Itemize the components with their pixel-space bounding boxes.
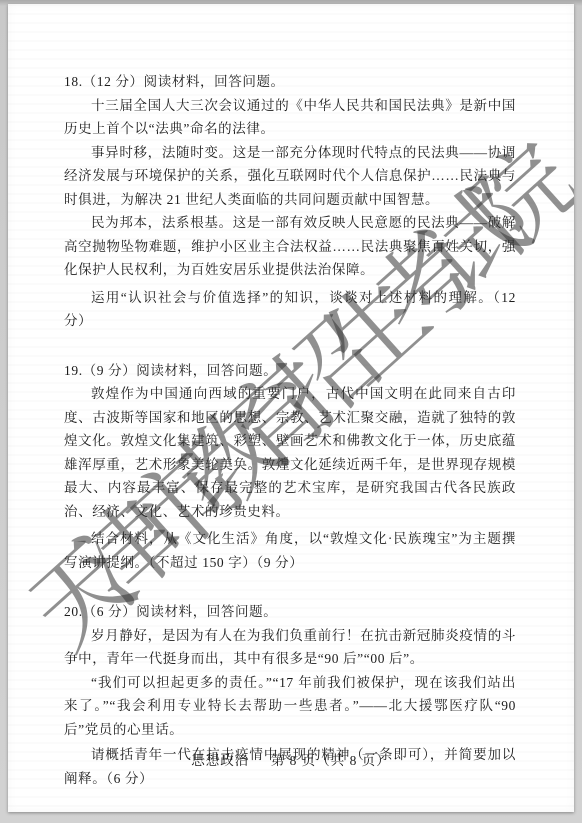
question-18-paragraph-2: 事异时移，法随时变。这是一部充分体现时代特点的民法典——协调经济发展与环境保护的… (64, 141, 516, 212)
question-18-heading: 18.（12 分）阅读材料，回答问题。 (64, 70, 516, 94)
question-20-paragraph-1: 岁月静好，是因为有人在为我们负重前行！在抗击新冠肺炎疫情的斗争中，青年一代挺身而… (64, 624, 516, 671)
question-19-heading: 19.（9 分）阅读材料，回答问题。 (64, 359, 516, 383)
exam-page-sheet: 18.（12 分）阅读材料，回答问题。 十三届全国人大三次会议通过的《中华人民共… (8, 4, 574, 812)
question-20-heading: 20.（6 分）阅读材料，回答问题。 (64, 600, 516, 624)
question-18-paragraph-1: 十三届全国人大三次会议通过的《中华人民共和国民法典》是新中国历史上首个以“法典”… (64, 94, 516, 141)
question-19-paragraph-1: 敦煌作为中国通向西域的重要门户，古代中国文明在此同来自古印度、古波斯等国家和地区… (64, 382, 516, 523)
question-18-block: 18.（12 分）阅读材料，回答问题。 十三届全国人大三次会议通过的《中华人民共… (64, 70, 516, 333)
footer-subject-label: 思想政治 (191, 753, 249, 768)
footer-page-number: 第 8 页（共 8 页） (271, 753, 391, 768)
page-footer: 思想政治第 8 页（共 8 页） (8, 749, 574, 769)
question-20-paragraph-2: “我们可以担起更多的责任。”“17 年前我们被保护，现在该我们站出来了。”“我会… (64, 671, 516, 742)
question-18-paragraph-3: 民为邦本，法系根基。这是一部有效反映人民意愿的民法典——破解高空抛物坠物难题，维… (64, 211, 516, 282)
question-18-prompt: 运用“认识社会与价值选择”的知识，谈谈对上述材料的理解。（12 分） (64, 286, 516, 333)
question-19-block: 19.（9 分）阅读材料，回答问题。 敦煌作为中国通向西域的重要门户，古代中国文… (64, 359, 516, 575)
scan-backdrop: 18.（12 分）阅读材料，回答问题。 十三届全国人大三次会议通过的《中华人民共… (0, 0, 582, 823)
question-19-prompt: 结合材料，从《文化生活》角度，以“敦煌文化·民族瑰宝”为主题撰写演讲提纲。（不超… (64, 527, 516, 574)
exam-content: 18.（12 分）阅读材料，回答问题。 十三届全国人大三次会议通过的《中华人民共… (64, 70, 516, 790)
